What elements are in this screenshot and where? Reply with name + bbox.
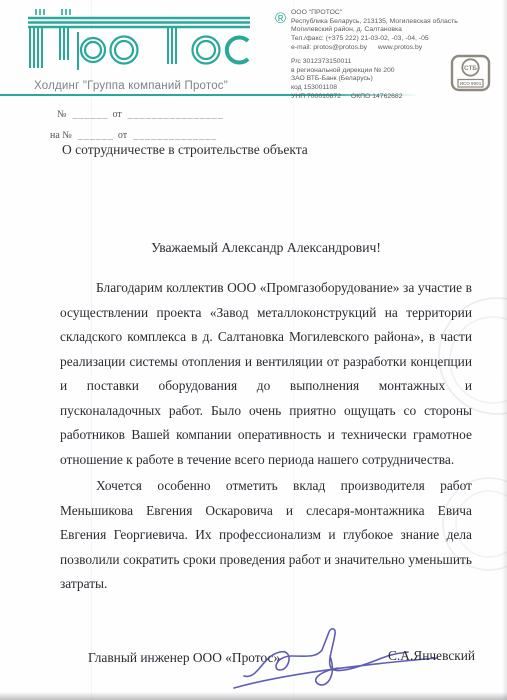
letter-page: ® Протос Холдинг "Группа компаний Протос… xyxy=(0,0,507,700)
scan-edge-shade xyxy=(502,0,507,700)
date-label: от xyxy=(118,130,127,141)
website-url: www.protos.by xyxy=(378,44,422,51)
phone-line: Тел./факс: (+375 222) 21-03-02, -03, -04… xyxy=(291,35,458,44)
bank-account: Р/с 3012373150011 xyxy=(291,58,402,67)
badge-label: ИСО 9001 xyxy=(460,81,482,86)
logo-text: Протос xyxy=(268,8,269,9)
bank-code: код 153001108 xyxy=(291,84,402,93)
badge-monogram: СТБ xyxy=(464,65,477,72)
number-label: на № xyxy=(50,130,72,141)
subject-line: О сотрудничестве в строительстве объекта xyxy=(62,142,308,158)
paragraph: Хочется особенно отметить вклад производ… xyxy=(60,474,472,597)
salutation: Уважаемый Александр Александрович! xyxy=(60,240,472,256)
reply-number-line: на №______от______________ xyxy=(50,130,221,141)
signoff-name: С.А.Янчевский xyxy=(388,648,475,664)
doc-number-line: №______от________________ xyxy=(57,109,228,120)
number-blank: ______ xyxy=(78,130,114,141)
number-blank: ______ xyxy=(73,109,109,120)
paragraph: Благодарим коллектив ООО «Промгазоборудо… xyxy=(60,276,472,472)
bank-details: Р/с 3012373150011 в региональной дирекци… xyxy=(291,58,402,102)
scan-shadow xyxy=(0,692,507,700)
letter-body: Уважаемый Александр Александрович! Благо… xyxy=(60,240,472,599)
number-label: № xyxy=(57,109,67,120)
registered-trademark-icon: ® xyxy=(275,10,286,27)
holding-tagline: Холдинг "Группа компаний Протос" xyxy=(34,80,276,92)
okpo-number: ОКПО 14762682 xyxy=(351,93,403,100)
protos-logo: ® Протос Холдинг "Группа компаний Протос… xyxy=(26,8,276,92)
stb-iso9001-badge-icon: СТБ ИСО 9001 xyxy=(450,54,492,94)
bank-name: ЗАО ВТБ-Банк (Беларусь) xyxy=(291,75,402,84)
protos-logo-icon xyxy=(26,8,268,72)
date-blank: ______________ xyxy=(133,130,217,141)
date-label: от xyxy=(113,109,122,120)
unp-number: УНП 700010872 xyxy=(291,93,341,100)
email-address: e-mail: protos@protos.by xyxy=(291,44,367,51)
address-line: Могилевский район, д. Салтановка xyxy=(291,26,458,35)
date-blank: ________________ xyxy=(128,109,224,120)
company-name: ООО "ПРОТОС" xyxy=(291,9,458,18)
contact-info: ООО "ПРОТОС" Республика Беларусь, 213135… xyxy=(291,9,458,53)
bank-branch: в региональной дирекции № 200 xyxy=(291,67,402,76)
